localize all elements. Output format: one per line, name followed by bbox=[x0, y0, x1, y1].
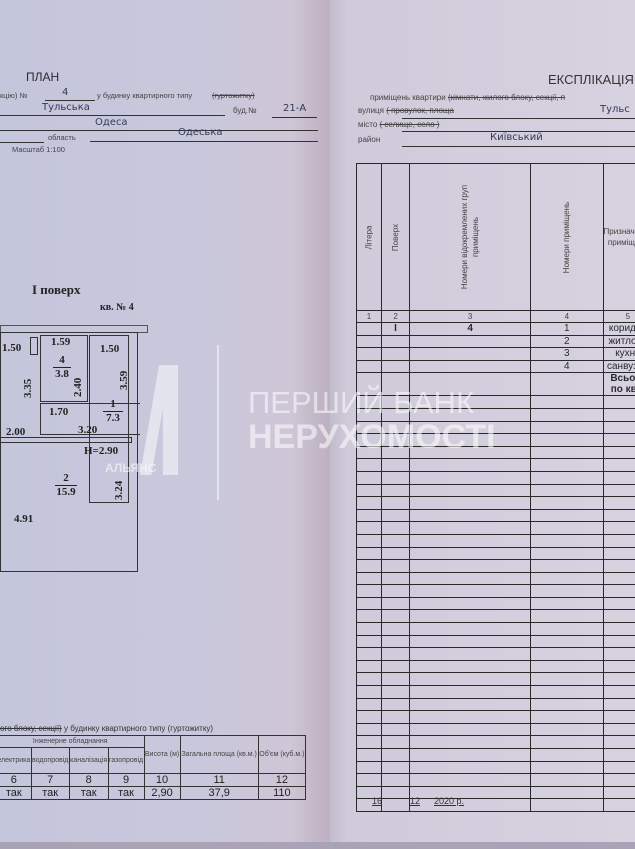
building-label: буд.№ bbox=[233, 106, 257, 115]
table-row bbox=[357, 711, 635, 724]
table-row bbox=[357, 686, 635, 699]
explication-subtitle: приміщень квартири (кімнати, жилого блок… bbox=[370, 93, 565, 102]
summary-table: Інженерне обладнанняВисота (м)Загальна п… bbox=[0, 735, 306, 800]
date-month: 12 bbox=[410, 796, 420, 806]
table-row bbox=[357, 585, 635, 598]
summary-caption: ого блоку, секції) у будинку квартирного… bbox=[0, 724, 213, 733]
table-row bbox=[357, 509, 635, 522]
region-label: область bbox=[48, 133, 76, 142]
table-row bbox=[357, 786, 635, 799]
room-1-label: 17.3 bbox=[103, 398, 123, 425]
plan-region: Одеська bbox=[178, 127, 223, 138]
table-row bbox=[357, 660, 635, 673]
table-row bbox=[357, 471, 635, 484]
table-row bbox=[357, 648, 635, 661]
explication-table: Літера Поверх Номери відокремлених груп … bbox=[356, 163, 635, 812]
apartment-number: 4 bbox=[62, 87, 68, 98]
table-row bbox=[357, 484, 635, 497]
table-row: 2житлова bbox=[357, 335, 635, 348]
table-row bbox=[357, 522, 635, 535]
floor-title: I поверх bbox=[32, 282, 81, 298]
table-row: 3кухня bbox=[357, 348, 635, 361]
table-row: I41коридор bbox=[357, 323, 635, 336]
apartment-label: кв. № 4 bbox=[100, 302, 134, 313]
district-label: район bbox=[358, 135, 380, 144]
explication-title: ЕКСПЛІКАЦІЯ bbox=[548, 72, 634, 87]
date-year: 2020 р. bbox=[434, 796, 464, 806]
table-row bbox=[357, 610, 635, 623]
plan-scale: Масштаб 1:100 bbox=[12, 145, 65, 154]
table-row bbox=[357, 723, 635, 736]
table-row bbox=[357, 635, 635, 648]
table-surface-bottom bbox=[0, 842, 635, 849]
ceiling-height: Н=2.90 bbox=[84, 445, 118, 457]
plan-line1-suffix: у будинку квартирного типу bbox=[97, 91, 192, 100]
plan-city: Одеса bbox=[95, 117, 128, 128]
table-row: 4санвузол bbox=[357, 360, 635, 373]
table-row bbox=[357, 459, 635, 472]
plan-line1-struck: (гуртожитку) bbox=[212, 91, 255, 100]
table-row bbox=[357, 560, 635, 573]
room-4-label: 43.8 bbox=[53, 354, 71, 381]
table-row bbox=[357, 774, 635, 787]
city-label: місто ( селище, село ) bbox=[358, 120, 439, 129]
plan-street: Тульська bbox=[42, 102, 90, 113]
table-row bbox=[357, 623, 635, 636]
table-row bbox=[357, 673, 635, 686]
table-row bbox=[357, 547, 635, 560]
building-number: 21-А bbox=[283, 103, 306, 114]
date-day: 16 bbox=[372, 796, 382, 806]
table-row bbox=[357, 497, 635, 510]
table-row bbox=[357, 698, 635, 711]
street-label: вулиця ( провулок, площа bbox=[358, 106, 454, 115]
table-row bbox=[357, 572, 635, 585]
plan-title: ПЛАН bbox=[26, 70, 59, 84]
table-row bbox=[357, 749, 635, 762]
table-row bbox=[357, 761, 635, 774]
explication-district: Київський bbox=[490, 132, 543, 143]
table-row bbox=[357, 534, 635, 547]
table-row bbox=[357, 799, 635, 812]
table-row bbox=[357, 736, 635, 749]
plan-line1-prefix: кцію) № bbox=[0, 91, 28, 100]
room-2-label: 215.9 bbox=[55, 472, 77, 499]
explication-street: Тульс bbox=[600, 104, 630, 115]
table-row bbox=[357, 597, 635, 610]
